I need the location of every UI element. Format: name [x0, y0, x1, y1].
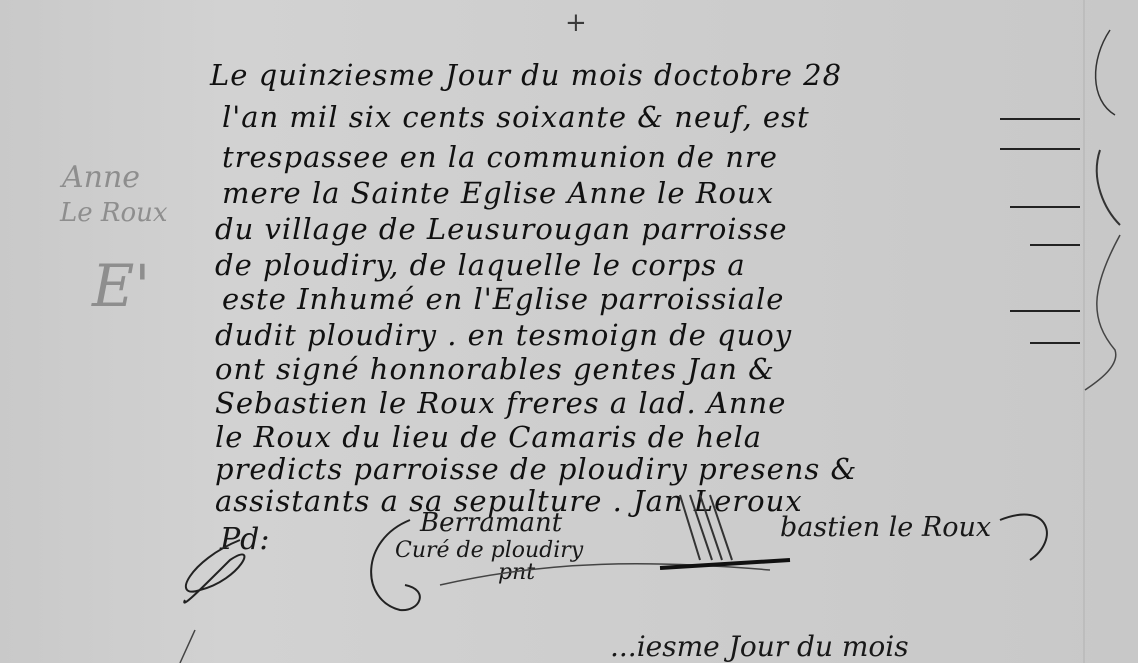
signature-flourishes [0, 0, 1138, 663]
next-entry-fragment: ...iesme Jour du mois [610, 630, 909, 663]
manuscript-page: + Anne Le Roux E' Le quinziesme Jour du … [0, 0, 1138, 663]
